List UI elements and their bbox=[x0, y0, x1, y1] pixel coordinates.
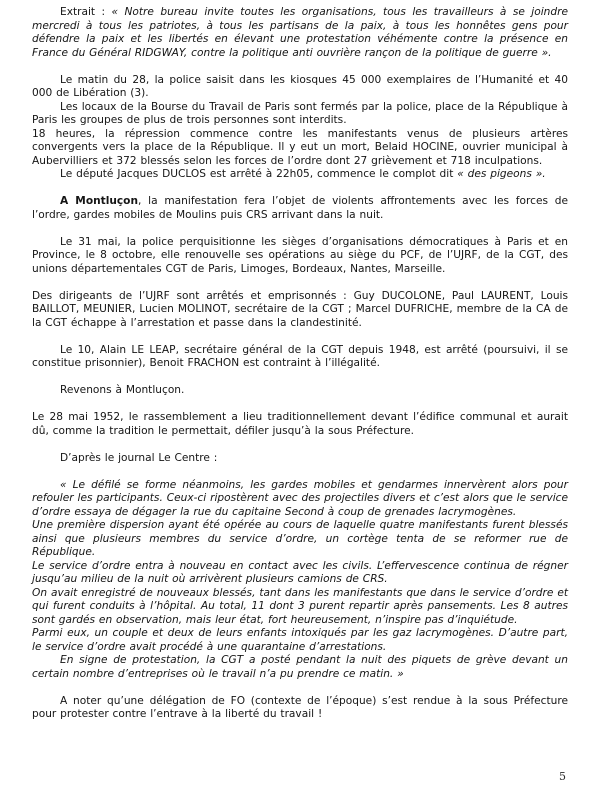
italic-text-run: « des pigeons ». bbox=[457, 168, 545, 180]
italic-text-run: Parmi eux, un couple et deux de leurs en… bbox=[32, 627, 568, 653]
paragraph: Des dirigeants de l’UJRF sont arrêtés et… bbox=[32, 290, 568, 331]
paragraph: Une première dispersion ayant été opérée… bbox=[32, 519, 568, 560]
text-run: 18 heures, la répression commence contre… bbox=[32, 128, 568, 167]
paragraph: En signe de protestation, la CGT a posté… bbox=[32, 654, 568, 681]
paragraph: Les locaux de la Bourse du Travail de Pa… bbox=[32, 101, 568, 128]
paragraph: Le 10, Alain LE LEAP, secrétaire général… bbox=[32, 344, 568, 371]
italic-text-run: Le service d’ordre entra à nouveau en co… bbox=[32, 560, 568, 586]
paragraph: Le matin du 28, la police saisit dans le… bbox=[32, 74, 568, 101]
text-run: Le 31 mai, la police perquisitionne les … bbox=[32, 236, 568, 275]
paragraph: Parmi eux, un couple et deux de leurs en… bbox=[32, 627, 568, 654]
text-run: Revenons à Montluçon. bbox=[60, 384, 184, 396]
paragraph: A noter qu’une délégation de FO (context… bbox=[32, 695, 568, 722]
text-run: Le 10, Alain LE LEAP, secrétaire général… bbox=[32, 344, 568, 370]
italic-text-run: On avait enregistré de nouveaux blessés,… bbox=[32, 587, 568, 626]
italic-text-run: Une première dispersion ayant été opérée… bbox=[32, 519, 568, 558]
text-run: Des dirigeants de l’UJRF sont arrêtés et… bbox=[32, 290, 568, 329]
paragraph: Extrait : « Notre bureau invite toutes l… bbox=[32, 6, 568, 60]
text-run: D’après le journal Le Centre : bbox=[60, 452, 217, 464]
paragraph: On avait enregistré de nouveaux blessés,… bbox=[32, 587, 568, 628]
text-run: Le député Jacques DUCLOS est arrêté à 22… bbox=[60, 168, 457, 180]
italic-text-run: « Notre bureau invite toutes les organis… bbox=[32, 6, 568, 59]
document-page: Extrait : « Notre bureau invite toutes l… bbox=[0, 0, 600, 800]
text-run: Le 28 mai 1952, le rassemblement a lieu … bbox=[32, 411, 568, 437]
paragraph: Revenons à Montluçon. bbox=[32, 384, 568, 398]
document-body: Extrait : « Notre bureau invite toutes l… bbox=[32, 6, 568, 722]
italic-text-run: « Le défilé se forme néanmoins, les gard… bbox=[32, 479, 568, 518]
paragraph: « Le défilé se forme néanmoins, les gard… bbox=[32, 479, 568, 520]
text-run: A noter qu’une délégation de FO (context… bbox=[32, 695, 568, 721]
paragraph: Le 31 mai, la police perquisitionne les … bbox=[32, 236, 568, 277]
italic-text-run: En signe de protestation, la CGT a posté… bbox=[32, 654, 568, 680]
text-run: Le matin du 28, la police saisit dans le… bbox=[32, 74, 568, 100]
paragraph: Le 28 mai 1952, le rassemblement a lieu … bbox=[32, 411, 568, 438]
paragraph: Le service d’ordre entra à nouveau en co… bbox=[32, 560, 568, 587]
paragraph: Le député Jacques DUCLOS est arrêté à 22… bbox=[32, 168, 568, 182]
text-run: Extrait : bbox=[60, 6, 112, 18]
paragraph: A Montluçon, la manifestation fera l’obj… bbox=[32, 195, 568, 222]
paragraph: 18 heures, la répression commence contre… bbox=[32, 128, 568, 169]
bold-text-run: A Montluçon bbox=[60, 195, 138, 207]
page-number: 5 bbox=[559, 770, 566, 783]
paragraph: D’après le journal Le Centre : bbox=[32, 452, 568, 466]
text-run: Les locaux de la Bourse du Travail de Pa… bbox=[32, 101, 568, 127]
